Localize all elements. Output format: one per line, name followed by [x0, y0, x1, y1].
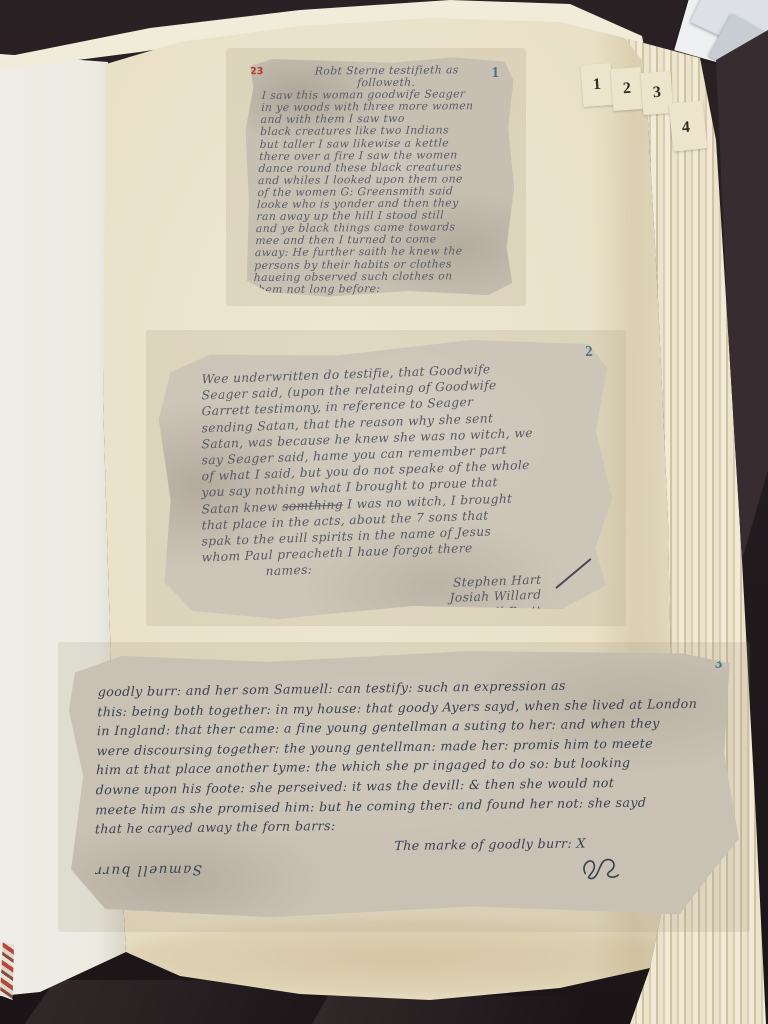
flourish-icon: [577, 853, 621, 888]
manuscript-fragment-2: 2 Wee underwritten do testifie, that Goo…: [156, 335, 615, 623]
folio-tab-number: 4: [681, 119, 690, 138]
handwritten-text: Robt Sterne testifieth as followeth. I s…: [253, 64, 511, 296]
handwritten-text: Wee underwritten do testifie, that Goodw…: [202, 358, 598, 631]
folio-tab-number: 2: [622, 80, 631, 99]
photo-scene: 1 2 3 4 23 1 Robt Sterne testifieth as f…: [0, 0, 768, 1024]
manuscript-fragment-1: 23 1 Robt Sterne testifieth as followeth…: [245, 57, 515, 297]
line-part: Satan knew: [202, 499, 278, 516]
red-folio-number: 23: [250, 66, 263, 77]
handwritten-text: goodly burr: and her som Samuell: can te…: [94, 674, 724, 880]
manuscript-fragment-3: 3 goodly burr: and her som Samuell: can …: [68, 647, 740, 922]
table-surface-streak: [312, 996, 588, 1024]
struck-word: somthing: [282, 497, 343, 513]
folio-tab-number: 1: [592, 76, 601, 95]
folio-tab-number: 3: [652, 84, 661, 103]
inverted-signature: Samuell burr: [94, 855, 462, 880]
